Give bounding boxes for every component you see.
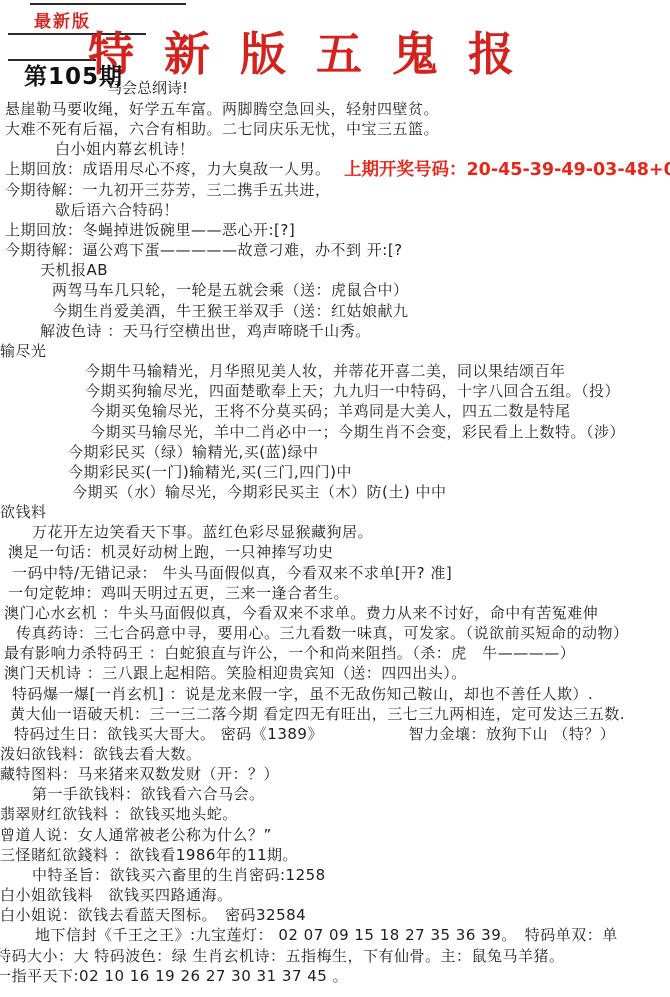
text-line: 澳足一句话：机灵好动树上跑，一只神捧写功史 [8, 542, 670, 562]
text-line: 输尽光 [0, 341, 670, 361]
body-text: 悬崖勒马要收绳，好学五车富。两脚腾空急回头，轻射四壁贫。大难不死有后福，六合有相… [0, 99, 670, 986]
text-line: 白小姐说：欲钱去看蓝天图标。 密码32584 [0, 905, 670, 925]
text-line: 今期牛马输精光，月华照见美人妆，并蒂花开喜二美，同以果结颂百年 [85, 361, 670, 381]
text-line: 白小姐欲钱料 欲钱买四路通海。 [0, 885, 670, 905]
text-line: 上期回放：冬蝇掉进饭碗里——恶心开:[?] [5, 220, 670, 240]
text-line: 一句定乾坤：鸡叫天明过五更，三来一逢合者生。 [8, 583, 670, 603]
text-line: 曾道人说：女人通常被老公称为什么？” [0, 825, 670, 845]
text-line: 今期待解：逼公鸡下蛋—————故意刁难，办不到 开:[? [5, 240, 670, 260]
text-line: 一指平天下:02 10 16 19 26 27 30 31 37 45 。 [0, 966, 670, 986]
text-line: 三怪賭紅欲錢料 ：欲钱看1986年的11期。 [0, 845, 670, 865]
text-line: 地下信封《千王之王》:九宝莲灯： 02 07 09 15 18 27 35 36… [35, 925, 670, 945]
edition-badge: 最新版 [34, 7, 91, 32]
text-line: 特码大小：大 特码波色：绿 生肖玄机诗：五指梅生，下有仙骨。主：鼠兔马羊猪。 [0, 946, 670, 966]
text-line: 泼妇欲钱料：欲钱去看大数。 [0, 744, 670, 764]
text-line: 天机报AB [40, 260, 670, 280]
text-line: 歇后语六合特码！ [55, 200, 670, 220]
text-line: 一码中特/无错记录： 牛头马面假似真，今看双来不求单[开? 准] [12, 563, 670, 583]
text-line: 解波色诗 ：天马行空横出世，鸡声啼晓千山秀。 [40, 321, 670, 341]
text-line: 今期彩民买（绿）输精光,买(蓝)绿中 [68, 442, 670, 462]
text-line: 今期买（水）输尽光，今期彩民买主（木）防(土) 中中 [72, 482, 670, 502]
text-line: 今期生肖爱美酒，牛王猴王举双手（送：红姑娘献九 [52, 301, 670, 321]
text-line: 今期买马输尽光，羊中二肖必中一；今期生肖不会变，彩民看上上数特。（涉） [90, 422, 670, 442]
text-line: 中特圣旨：欲钱买六畜里的生肖密码:1258 [32, 865, 670, 885]
text-line: 今期彩民买(一门)输精光,买(三门,四门)中 [68, 462, 670, 482]
text-line: 万花开左边笑看天下事。蓝红色彩尽显猴藏狗居。 [32, 522, 670, 542]
text-line: 翡翠财红欲钱料 ：欲钱买地头蛇。 [0, 804, 670, 824]
text-line: 最有影响力杀特码王 ：白蛇狼直与许公，一个和尚来阻挡。（杀：虎 牛————） [4, 643, 670, 663]
text-line: 黄大仙一语破天机：三一三二落今期 看定四无有旺出，三七三九两相连，定可发达三五数… [10, 704, 670, 724]
page-title: 特新版五鬼报 [88, 18, 544, 84]
text-line: 大难不死有后福，六合有相助。二七同庆乐无忧，中宝三五篮。 [5, 119, 670, 139]
text-line: 澳门天机诗 ：三八跟上起相陪。笑脸相迎贵宾知（送：四四出头）。 [4, 663, 670, 683]
badge-top-rule [30, 3, 186, 5]
text-line: 特码爆一爆[一肖玄机] ：说是龙来假一字，虽不无敌伤知己鞍山，却也不善任人欺）. [12, 684, 670, 704]
text-line: 白小姐内幕玄机诗！ [55, 139, 670, 159]
text-line: 悬崖勒马要收绳，好学五车富。两脚腾空急回头，轻射四壁贫。 [5, 99, 670, 119]
text-line: 欲钱料 [0, 502, 670, 522]
text-line: 澳门心水玄机 ：牛头马面假似真，今看双来不求单。费力从来不讨好，命中有苦冤难伸 [4, 603, 670, 623]
subtitle: 马会总纲诗! [107, 77, 188, 98]
text-line: 今期买兔输尽光，王将不分莫买码；羊鸡同是大美人，四五二数是特尾 [90, 401, 670, 421]
text-line: 传真药诗：三七合码意中寻，要用心。三九看数一味真，可发家。（说欲前买短命的动物） [16, 623, 670, 643]
text-line: 特码过生日：欲钱买大哥大。 密码《1389》 智力金壤：放狗下山 （特？） [14, 724, 670, 744]
text-line: 今期待解：一九初开三芬芳，三二携手五共进， [5, 180, 670, 200]
text-line: 今期买狗输尽光，四面楚歌奉上天；九九归一中特码，十字八回合五组。（投） [85, 381, 670, 401]
text-line: 藏特图料：马来猪来双数发财（开：？） [0, 764, 670, 784]
text-line: 两驾马车几只轮，一轮是五就会乘（送：虎鼠合中） [52, 280, 670, 300]
text-line: 上期回放：成语用尽心不疼，力大臭敌一人男。 [5, 159, 670, 179]
text-line: 第一手欲钱料：欲钱看六合马会。 [32, 784, 670, 804]
